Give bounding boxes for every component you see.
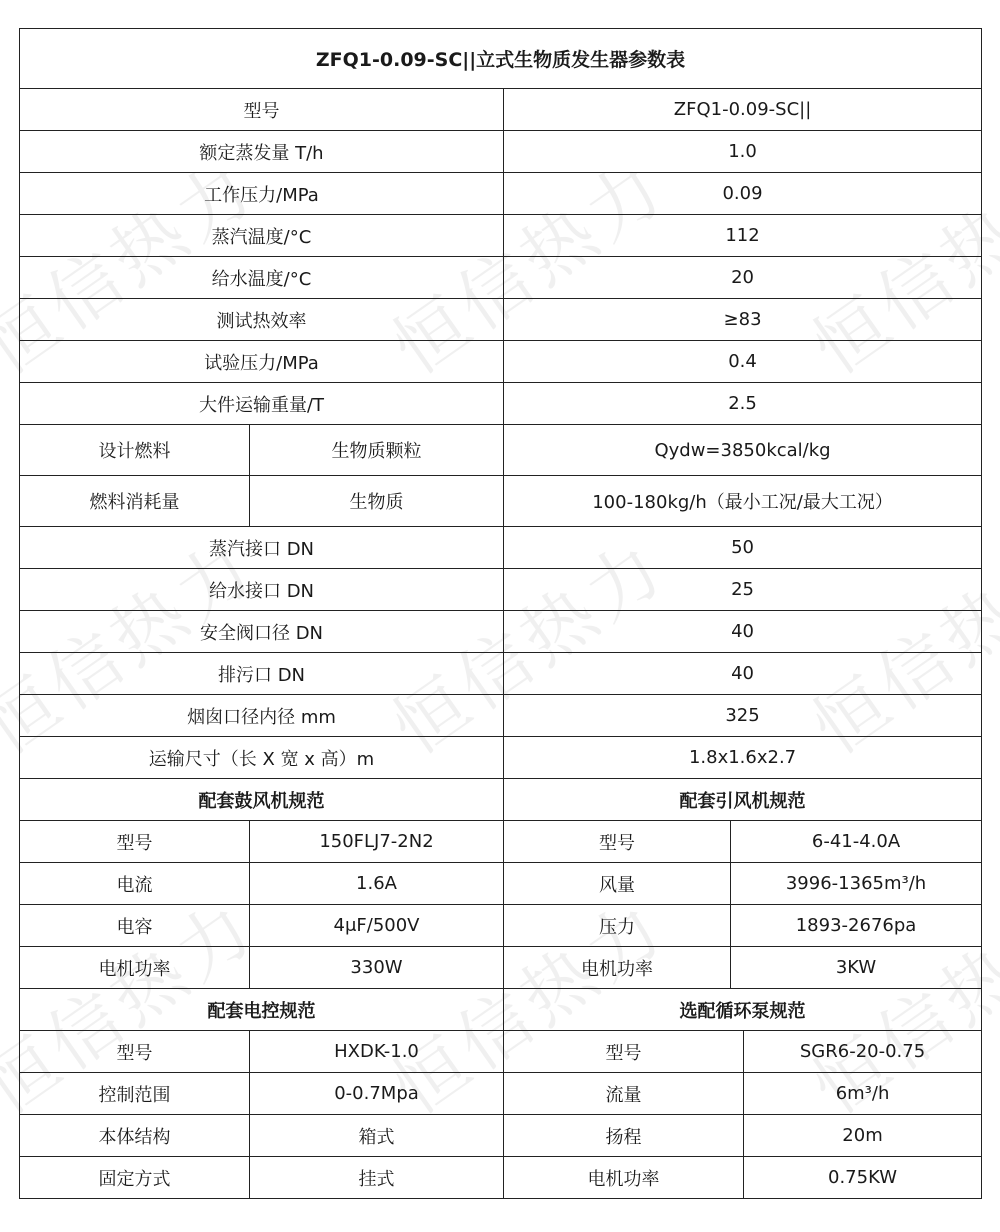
param-value: 20 [504, 257, 982, 299]
param-value: 0.09 [504, 173, 982, 215]
param-label: 设计燃料 [20, 425, 250, 476]
pump-label: 型号 [504, 1031, 744, 1073]
param-label: 燃料消耗量 [20, 476, 250, 527]
param-value: 1.8x1.6x2.7 [504, 737, 982, 779]
control-value: 挂式 [250, 1157, 504, 1199]
table-row: 本体结构箱式扬程20m [20, 1115, 982, 1157]
table-row: 额定蒸发量 T/h1.0 [20, 131, 982, 173]
table-row: 运输尺寸（长 X 宽 x 高）m1.8x1.6x2.7 [20, 737, 982, 779]
blower-value: 150FLJ7-2N2 [250, 821, 504, 863]
table-row: 工作压力/MPa0.09 [20, 173, 982, 215]
table-row: 测试热效率≥83 [20, 299, 982, 341]
induced-fan-value: 3996-1365m³/h [731, 863, 982, 905]
control-value: 0-0.7Mpa [250, 1073, 504, 1115]
param-label: 型号 [20, 89, 504, 131]
induced-fan-label: 压力 [504, 905, 731, 947]
section-header: 配套电控规范选配循环泵规范 [20, 989, 982, 1031]
pump-label: 扬程 [504, 1115, 744, 1157]
parameter-table: ZFQ1-0.09-SC||立式生物质发生器参数表型号ZFQ1-0.09-SC|… [19, 28, 982, 1199]
param-value: 100-180kg/h（最小工况/最大工况） [504, 476, 982, 527]
param-sublabel: 生物质 [250, 476, 504, 527]
table-row: 电容4μF/500V压力1893-2676pa [20, 905, 982, 947]
table-row: 型号150FLJ7-2N2型号6-41-4.0A [20, 821, 982, 863]
table-row: 蒸汽接口 DN50 [20, 527, 982, 569]
param-label: 排污口 DN [20, 653, 504, 695]
pump-spec-title: 选配循环泵规范 [504, 989, 982, 1031]
table-row: 给水温度/°C20 [20, 257, 982, 299]
blower-label: 型号 [20, 821, 250, 863]
param-value: 325 [504, 695, 982, 737]
param-sublabel: 生物质颗粒 [250, 425, 504, 476]
param-value: 1.0 [504, 131, 982, 173]
blower-label: 电容 [20, 905, 250, 947]
param-label: 安全阀口径 DN [20, 611, 504, 653]
pump-label: 流量 [504, 1073, 744, 1115]
param-value: 112 [504, 215, 982, 257]
table-row: 排污口 DN40 [20, 653, 982, 695]
pump-value: SGR6-20-0.75 [744, 1031, 982, 1073]
table-row: 给水接口 DN25 [20, 569, 982, 611]
induced-fan-value: 6-41-4.0A [731, 821, 982, 863]
param-value: 50 [504, 527, 982, 569]
table-row: 电流1.6A风量3996-1365m³/h [20, 863, 982, 905]
pump-value: 0.75KW [744, 1157, 982, 1199]
table-row: 蒸汽温度/°C112 [20, 215, 982, 257]
param-value: 25 [504, 569, 982, 611]
control-value: 箱式 [250, 1115, 504, 1157]
param-label: 工作压力/MPa [20, 173, 504, 215]
table-row: 燃料消耗量生物质100-180kg/h（最小工况/最大工况） [20, 476, 982, 527]
table-row: 大件运输重量/T2.5 [20, 383, 982, 425]
table-row: 电机功率330W电机功率3KW [20, 947, 982, 989]
param-value: ≥83 [504, 299, 982, 341]
blower-value: 1.6A [250, 863, 504, 905]
param-label: 蒸汽温度/°C [20, 215, 504, 257]
pump-value: 20m [744, 1115, 982, 1157]
title-row: ZFQ1-0.09-SC||立式生物质发生器参数表 [20, 29, 982, 89]
param-label: 试验压力/MPa [20, 341, 504, 383]
blower-value: 330W [250, 947, 504, 989]
param-value: 40 [504, 611, 982, 653]
section-header: 配套鼓风机规范配套引风机规范 [20, 779, 982, 821]
table-row: 试验压力/MPa0.4 [20, 341, 982, 383]
param-value: 0.4 [504, 341, 982, 383]
table-row: 控制范围0-0.7Mpa流量6m³/h [20, 1073, 982, 1115]
induced-fan-label: 型号 [504, 821, 731, 863]
param-label: 测试热效率 [20, 299, 504, 341]
blower-spec-title: 配套鼓风机规范 [20, 779, 504, 821]
table-row: 型号HXDK-1.0型号SGR6-20-0.75 [20, 1031, 982, 1073]
induced-fan-spec-title: 配套引风机规范 [504, 779, 982, 821]
induced-fan-label: 电机功率 [504, 947, 731, 989]
control-label: 型号 [20, 1031, 250, 1073]
pump-value: 6m³/h [744, 1073, 982, 1115]
param-label: 运输尺寸（长 X 宽 x 高）m [20, 737, 504, 779]
param-value: Qydw=3850kcal/kg [504, 425, 982, 476]
control-label: 本体结构 [20, 1115, 250, 1157]
param-value: ZFQ1-0.09-SC|| [504, 89, 982, 131]
blower-label: 电流 [20, 863, 250, 905]
param-value: 40 [504, 653, 982, 695]
param-label: 烟囱口径内径 mm [20, 695, 504, 737]
induced-fan-value: 3KW [731, 947, 982, 989]
control-value: HXDK-1.0 [250, 1031, 504, 1073]
control-label: 固定方式 [20, 1157, 250, 1199]
param-label: 蒸汽接口 DN [20, 527, 504, 569]
table-title: ZFQ1-0.09-SC||立式生物质发生器参数表 [20, 29, 982, 89]
blower-label: 电机功率 [20, 947, 250, 989]
pump-label: 电机功率 [504, 1157, 744, 1199]
table-row: 烟囱口径内径 mm325 [20, 695, 982, 737]
blower-value: 4μF/500V [250, 905, 504, 947]
table-row: 固定方式挂式电机功率0.75KW [20, 1157, 982, 1199]
table-row: 型号ZFQ1-0.09-SC|| [20, 89, 982, 131]
table-row: 设计燃料生物质颗粒Qydw=3850kcal/kg [20, 425, 982, 476]
induced-fan-label: 风量 [504, 863, 731, 905]
param-label: 给水温度/°C [20, 257, 504, 299]
control-label: 控制范围 [20, 1073, 250, 1115]
param-label: 额定蒸发量 T/h [20, 131, 504, 173]
induced-fan-value: 1893-2676pa [731, 905, 982, 947]
param-value: 2.5 [504, 383, 982, 425]
param-label: 大件运输重量/T [20, 383, 504, 425]
param-label: 给水接口 DN [20, 569, 504, 611]
control-spec-title: 配套电控规范 [20, 989, 504, 1031]
table-row: 安全阀口径 DN40 [20, 611, 982, 653]
